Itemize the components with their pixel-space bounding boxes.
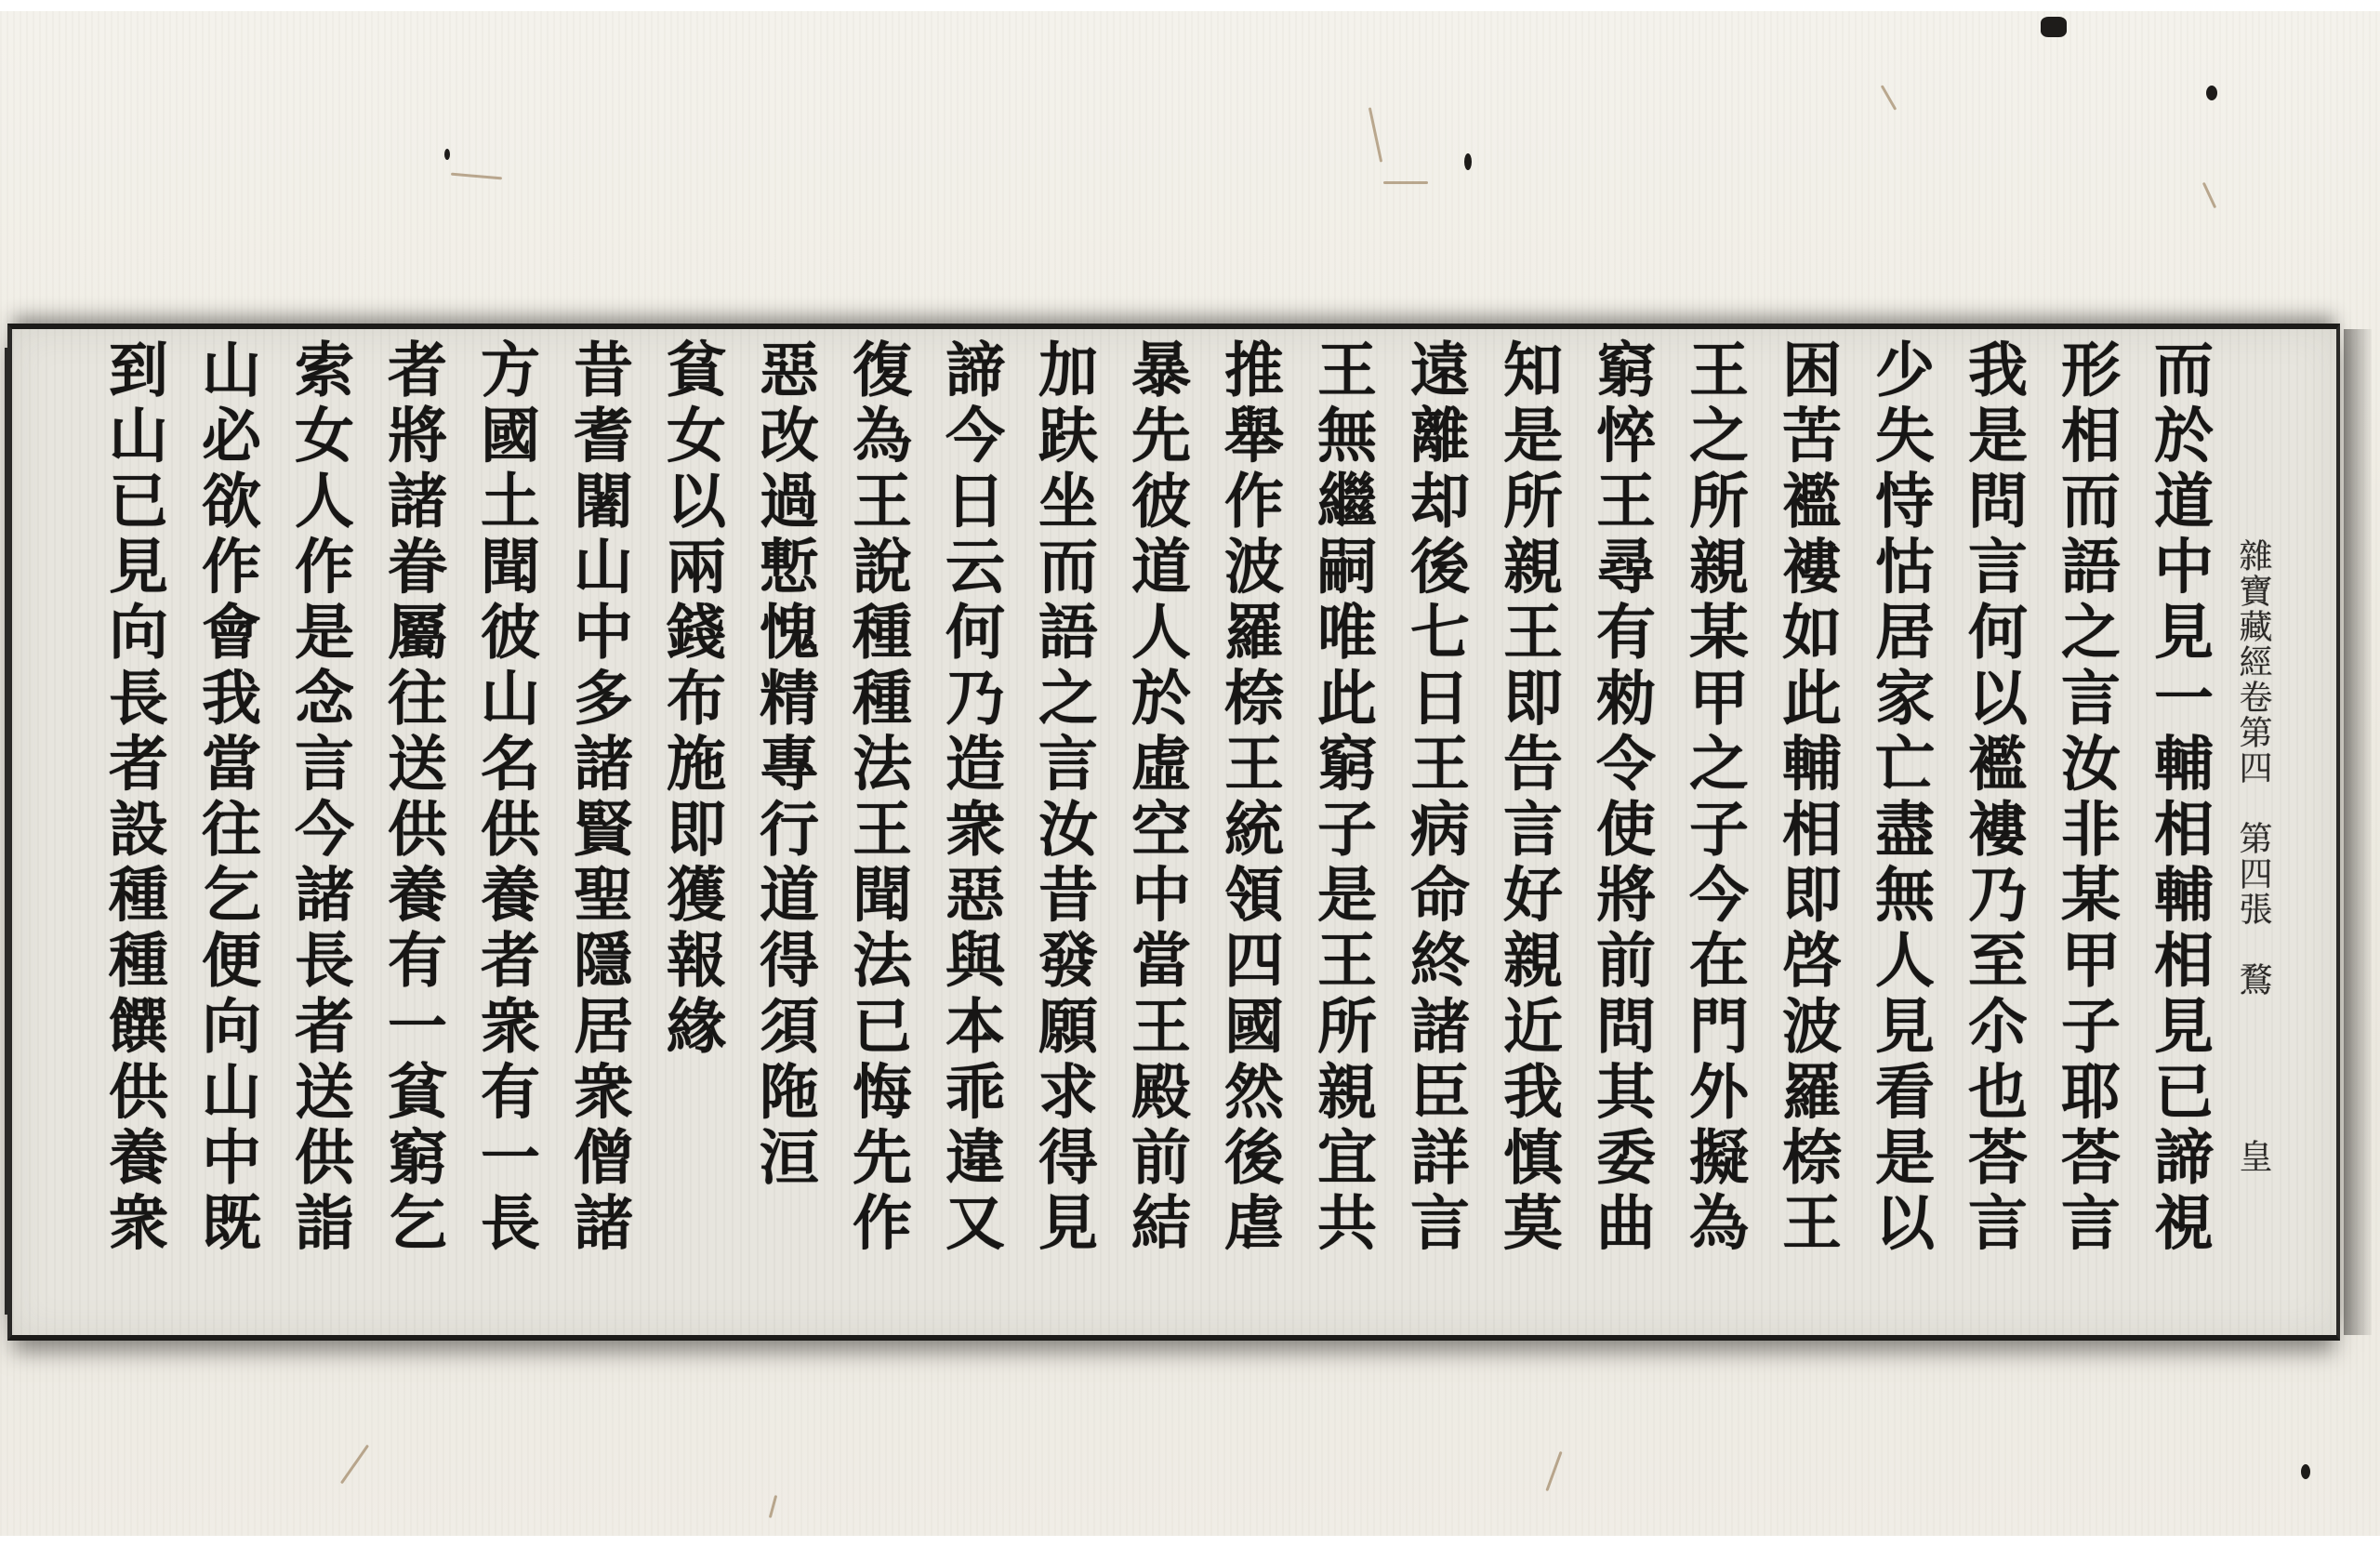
text-column-21: 索女人作是念言今諸長者送供詣: [272, 338, 365, 1324]
text-column-19: 方國土聞彼山名供養者衆有一長: [458, 338, 551, 1324]
text-column-8: 知是所親王即告言好親近我慎莫: [1481, 338, 1574, 1324]
ink-speck: [2041, 17, 2067, 37]
paper-fiber: [769, 1495, 777, 1518]
text-column-14: 諦今日云何乃造衆惡與本乖違又: [923, 338, 1016, 1324]
carver-mark: 鶩: [2234, 962, 2272, 998]
text-column-13: 加趺坐而語之言汝昔發願求得見: [1016, 338, 1109, 1324]
ink-speck: [2206, 86, 2217, 100]
sutra-title: 雜寶藏經卷第四: [2234, 538, 2272, 786]
ink-border-left: [5, 348, 10, 1315]
ink-speck: [1464, 153, 1472, 170]
text-column-11: 推舉作波羅㮈王統領四國然後虐: [1202, 338, 1295, 1324]
text-column-5: 困苦襤褸如此輔相即啓波羅㮈王: [1760, 338, 1853, 1324]
text-column-7: 窮悴王尋有勑令使將前問其委曲: [1574, 338, 1667, 1324]
top-scan-edge: [0, 0, 2380, 11]
text-column-15: 復為王說種種法王聞法已悔先作: [830, 338, 923, 1324]
text-columns: 雜寶藏經卷第四 第四張 鶩 皇 而於道中見一輔相輔相見已諦視 形相而語之言汝非某…: [86, 338, 2281, 1324]
text-column-16: 惡改過慙愧精專行道得須陁洹: [737, 338, 830, 1324]
paper-fiber: [2202, 182, 2216, 208]
paper-fiber: [1383, 181, 1428, 184]
sheet-number: 第四張: [2234, 821, 2272, 927]
text-column-1: 而於道中見一輔相輔相見已諦視: [2132, 338, 2225, 1324]
bottom-mark: 皇: [2225, 1139, 2281, 1174]
bottom-scan-edge: [0, 1536, 2380, 1547]
text-column-6: 王之所親某甲之子今在門外擬為: [1667, 338, 1760, 1324]
printed-text-block: 雜寶藏經卷第四 第四張 鶩 皇 而於道中見一輔相輔相見已諦視 形相而語之言汝非某…: [7, 324, 2340, 1341]
text-column-10: 王無繼嗣唯此窮子是王所親宜共: [1295, 338, 1388, 1324]
text-column-12: 暴先彼道人於虛空中當王殿前結: [1109, 338, 1202, 1324]
paper-fiber: [1881, 85, 1897, 110]
paper-fiber: [451, 173, 502, 180]
text-column-4: 少失恃怙居家亡盡無人見看是以: [1853, 338, 1946, 1324]
text-column-23: 到山已見向長者設種種饌供養衆: [86, 338, 179, 1324]
ink-speck: [2301, 1464, 2310, 1479]
section-heading: 貧女以兩錢布施即獲報緣: [644, 338, 737, 1324]
text-column-3: 我是問言何以襤褸乃至尒也荅言: [1946, 338, 2039, 1324]
text-column-20: 者將諸眷屬往送供養有一貧窮乞: [365, 338, 458, 1324]
paper-fiber: [1368, 107, 1382, 162]
text-column-18: 昔耆闍山中多諸賢聖隱居衆僧諸: [551, 338, 644, 1324]
text-column-22: 山必欲作會我當往乞便向山中既: [179, 338, 272, 1324]
paper-fiber: [1545, 1451, 1562, 1491]
margin-label: 雜寶藏經卷第四 第四張 鶩 皇: [2225, 338, 2281, 1324]
text-column-2: 形相而語之言汝非某甲子耶荅言: [2039, 338, 2132, 1324]
ink-smudge-right: [2344, 329, 2372, 1335]
paper-fiber: [340, 1445, 369, 1485]
scanned-page: 雜寶藏經卷第四 第四張 鶩 皇 而於道中見一輔相輔相見已諦視 形相而語之言汝非某…: [0, 0, 2380, 1547]
text-column-9: 遠離却後七日王病命終諸臣詳言: [1388, 338, 1481, 1324]
ink-speck: [444, 149, 450, 160]
